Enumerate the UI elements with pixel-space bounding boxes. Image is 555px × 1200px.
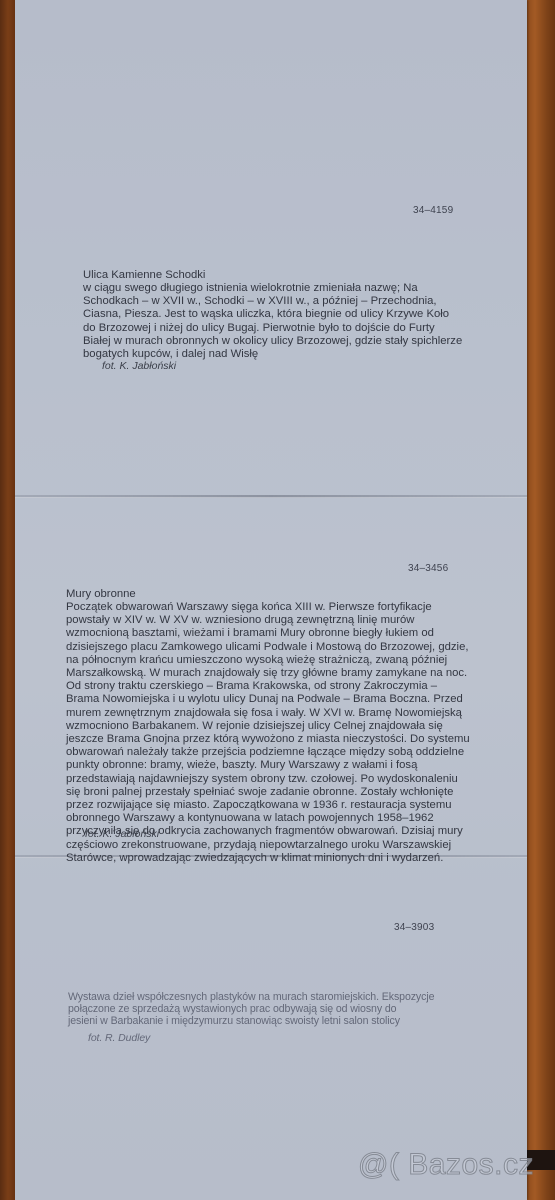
- text-line: Wystawa dzieł współczesnych plastyków na…: [68, 991, 434, 1003]
- postcard-folder: 34–4159 Ulica Kamienne Schodki w ciągu s…: [15, 0, 527, 1200]
- catalog-number: 34–3903: [394, 922, 434, 933]
- photo-credit: fot. R. Dudley: [88, 1032, 150, 1044]
- panel-description: w ciągu swego długiego istnienia wielokr…: [83, 282, 462, 361]
- catalog-number: 34–3456: [408, 563, 448, 574]
- wooden-surface-right: [525, 0, 555, 1200]
- catalog-number: 34–4159: [413, 205, 453, 216]
- text-line: jeszcze Brama Gnojna przez którą wywożon…: [66, 733, 470, 746]
- panel-kamienne-schodki: 34–4159 Ulica Kamienne Schodki w ciągu s…: [15, 0, 527, 497]
- panel-description: Początek obwarowań Warszawy sięga końca …: [66, 601, 470, 865]
- text-line: Od strony traktu czerskiego – Brama Krak…: [66, 680, 470, 693]
- panel-mury-obronne: 34–3456 Mury obronne Początek obwarowań …: [13, 497, 527, 852]
- text-line: powstały w XIV w. W XV w. wzniesiono dru…: [66, 614, 470, 627]
- bazos-watermark: @( Bazos.cz: [358, 1148, 534, 1182]
- text-line: przez rozwijające się miasto. Zapoczątko…: [66, 799, 470, 812]
- text-line: się broni palnej przestały spełniać swoj…: [66, 786, 470, 799]
- text-line: Białej w murach obronnych w okolicy ulic…: [83, 335, 462, 348]
- text-line: do Brzozowej i niżej do ulicy Bugaj. Pie…: [83, 322, 462, 335]
- panel-title: Ulica Kamienne Schodki: [83, 269, 205, 282]
- photo-credit: fot. K. Jabłoński: [85, 828, 159, 840]
- text-line: przedstawiają najdawniejszy system obron…: [66, 773, 470, 786]
- text-line: wzmocniono Barbakanem. W rejonie dzisiej…: [66, 720, 470, 733]
- text-line: obwarowań należały także przejścia podzi…: [66, 746, 470, 759]
- photo-credit: fot. K. Jabłoński: [102, 360, 176, 372]
- text-line: na północnym krańcu umieszczono wysoką w…: [66, 654, 470, 667]
- text-line: Brama Nowomiejska i u wylotu ulicy Dunaj…: [66, 693, 470, 706]
- text-line: Schodkach – w XVII w., Schodki – w XVIII…: [83, 295, 462, 308]
- panel-description: Wystawa dzieł współczesnych plastyków na…: [68, 991, 434, 1027]
- text-line: obronnego Warszawy a kontynuowana w lata…: [66, 812, 470, 825]
- text-line: jesieni w Barbakanie i międzymurzu stano…: [68, 1015, 434, 1027]
- text-line: Początek obwarowań Warszawy sięga końca …: [66, 601, 470, 614]
- text-line: murem zewnętrznym znajdowała się fosa i …: [66, 707, 470, 720]
- text-line: częściowo zrekonstruowane, przydają niep…: [66, 839, 470, 852]
- text-line: w ciągu swego długiego istnienia wielokr…: [83, 282, 462, 295]
- text-line: Ciasna, Piesza. Jest to wąska uliczka, k…: [83, 308, 462, 321]
- text-line: wzmocnioną basztami, wieżami i bramami M…: [66, 627, 470, 640]
- text-line: dzisiejszego placu Zamkowego ulicami Pod…: [66, 641, 470, 654]
- text-line: Marszałkowską. W murach znajdowały się t…: [66, 667, 470, 680]
- panel-title: Mury obronne: [66, 588, 136, 601]
- text-line: punkty obronne: bramy, wieże, baszty. Mu…: [66, 759, 470, 772]
- text-line: połączone ze sprzedażą wystawionych prac…: [68, 1003, 434, 1015]
